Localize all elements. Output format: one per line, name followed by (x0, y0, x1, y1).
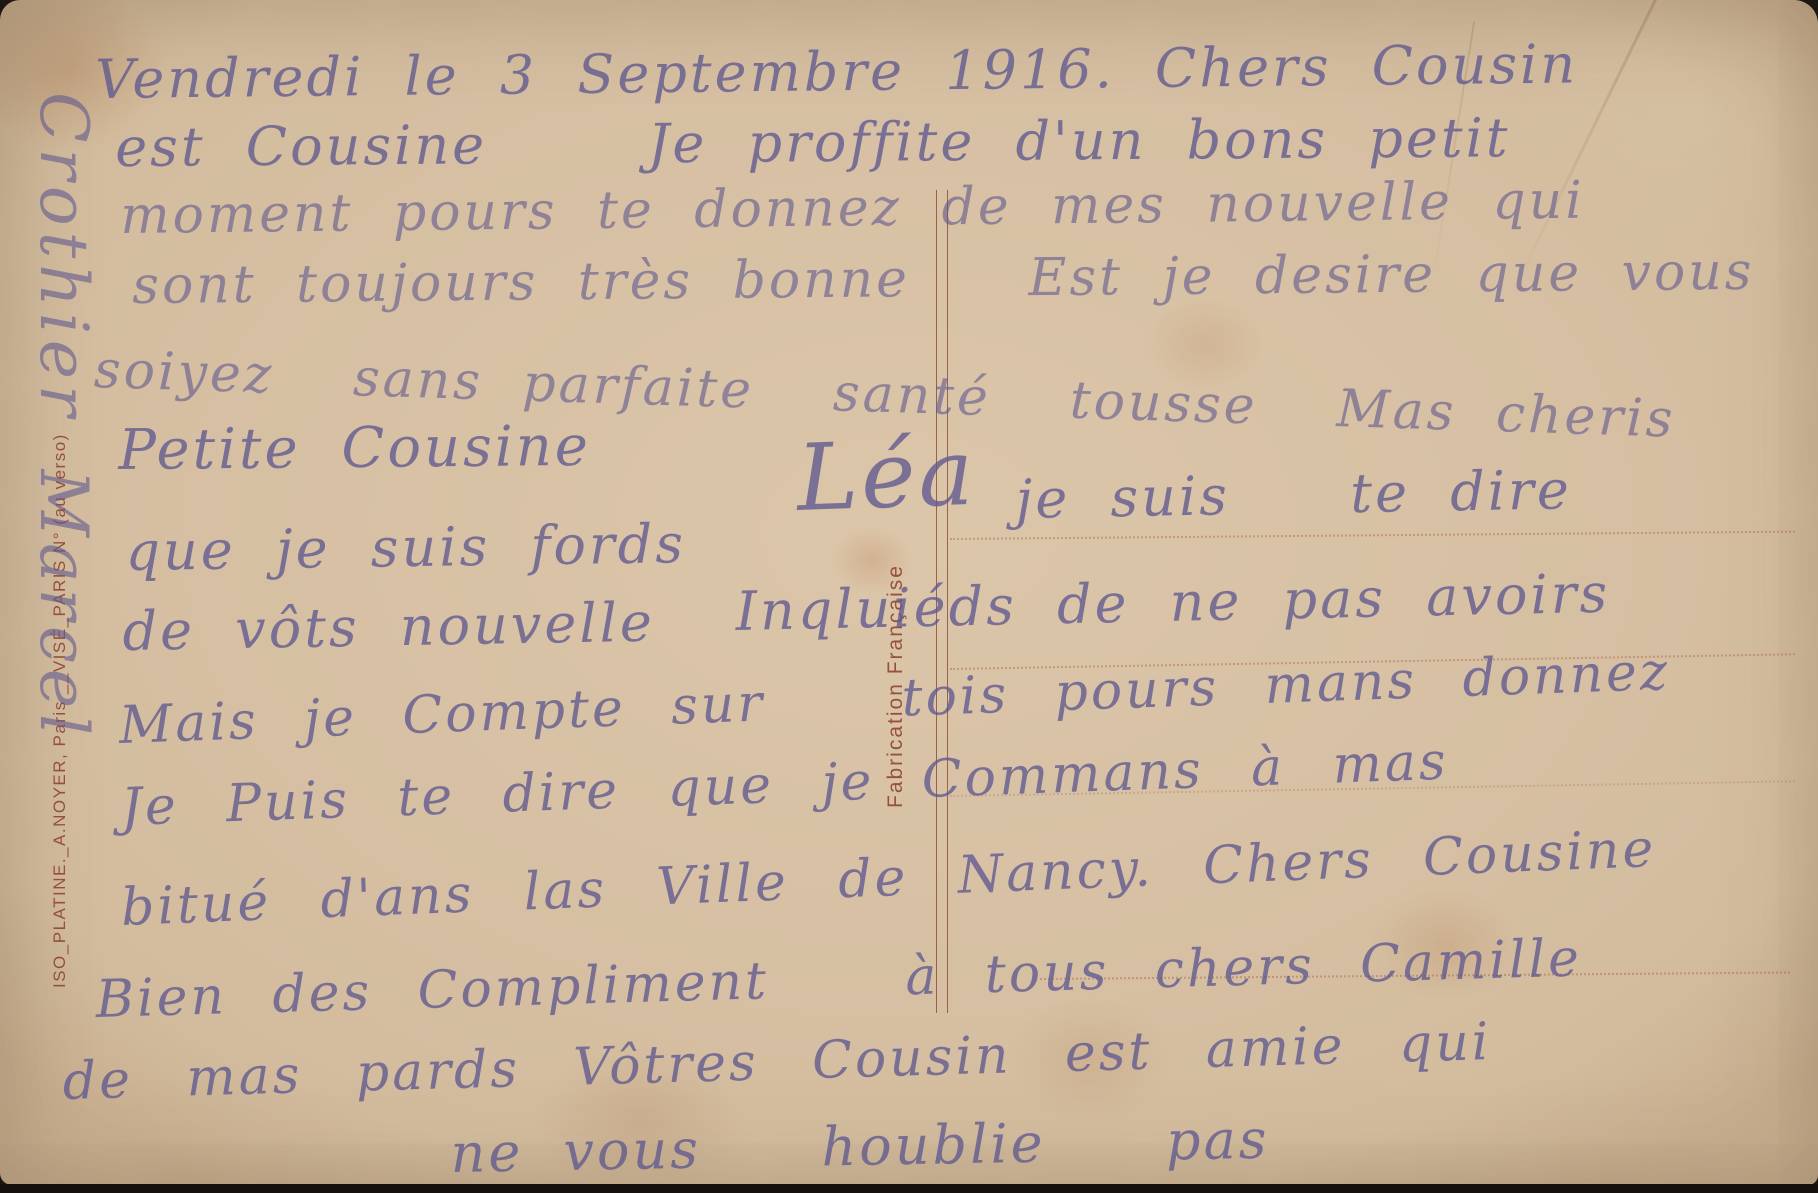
message-line-9: de vôts nouvelle (122, 591, 655, 663)
message-line-4: sont toujours très bonne Est je desire q… (132, 242, 1755, 316)
sender-signature-vertical: Crothier Marcel (25, 92, 102, 741)
message-line-16: ne vous houblie pas (450, 1108, 1270, 1185)
message-line-3: moment pours te donnez de mes nouvelle q… (120, 171, 1585, 246)
message-line-6: Petite Cousine (118, 414, 591, 483)
scan-edge-shadow (0, 1184, 1818, 1193)
message-line-8: que je suis fords (125, 512, 686, 583)
message-word-lea: Léa (795, 419, 978, 532)
message-line-1: Vendredi le 3 Septembre 1916. Chers Cous… (95, 32, 1578, 111)
message-line-2: est Cousine Je proffite d'un bons petit (115, 106, 1511, 179)
message-line-10: Inqluiéds de ne pas avoirs (735, 562, 1611, 643)
scanned-postcard-back: ISO_PLATINE._A.NOYER, Paris __VISÉ_PARIS… (0, 0, 1818, 1193)
message-line-13: bitué d'ans las Ville de Nancy. Chers Co… (120, 819, 1657, 938)
address-dotted-line (950, 531, 1795, 540)
message-line-15: de mas pards Vôtres Cousin est amie qui (62, 1012, 1492, 1112)
message-line-7: je suis te dire (1015, 458, 1572, 531)
postcard-paper: ISO_PLATINE._A.NOYER, Paris __VISÉ_PARIS… (0, 0, 1818, 1185)
